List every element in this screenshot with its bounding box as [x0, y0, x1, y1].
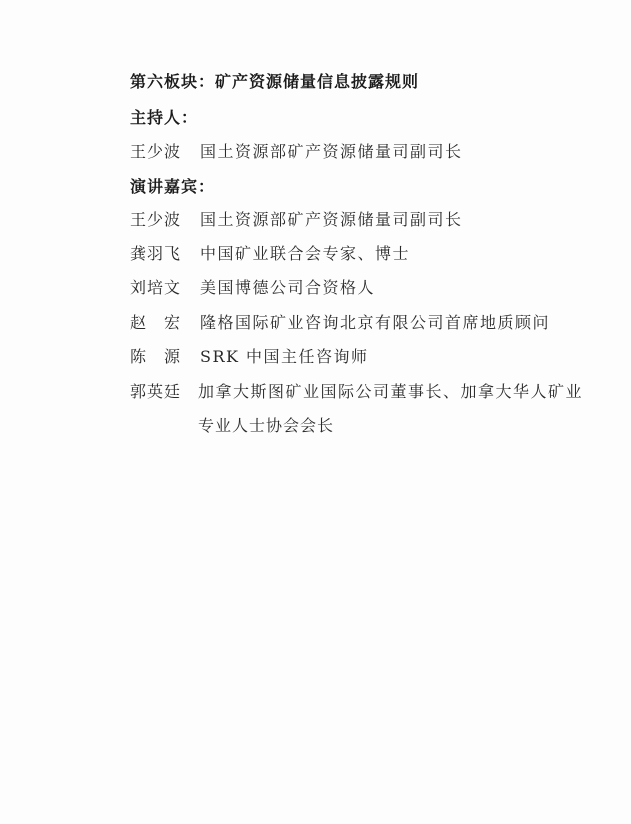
speakers-label: 演讲嘉宾：: [130, 177, 215, 197]
host-title: 国土资源部矿产资源储量司副司长: [200, 142, 463, 162]
speaker-title: 中国矿业联合会专家、博士: [200, 244, 410, 264]
speaker-title: 加拿大斯图矿业国际公司董事长、加拿大华人矿业: [198, 382, 583, 402]
host-name: 王少波: [130, 142, 200, 162]
speaker-entry: 王少波国土资源部矿产资源储量司副司长: [130, 210, 463, 230]
speaker-name: 赵 宏: [130, 313, 200, 333]
speaker-name: 王少波: [130, 210, 200, 230]
speaker-title: 隆格国际矿业咨询北京有限公司首席地质顾问: [200, 313, 550, 333]
speaker-title: 国土资源部矿产资源储量司副司长: [200, 210, 463, 230]
document-page: 第六板块：矿产资源储量信息披露规则 主持人： 王少波国土资源部矿产资源储量司副司…: [0, 0, 631, 824]
speaker-entry: 陈 源SRK 中国主任咨询师: [130, 347, 369, 367]
host-label: 主持人：: [130, 108, 198, 128]
speaker-name: 郭英廷: [130, 382, 198, 402]
speaker-title: 美国博德公司合资格人: [200, 278, 375, 298]
host-entry: 王少波国土资源部矿产资源储量司副司长: [130, 142, 463, 162]
speaker-title: SRK 中国主任咨询师: [200, 347, 369, 367]
speaker-name: 龚羽飞: [130, 244, 200, 264]
section-title: 第六板块：矿产资源储量信息披露规则: [130, 72, 419, 92]
speaker-name: 刘培文: [130, 278, 200, 298]
speaker-entry: 赵 宏隆格国际矿业咨询北京有限公司首席地质顾问: [130, 313, 550, 333]
speaker-entry: 刘培文美国博德公司合资格人: [130, 278, 375, 298]
speaker-name: 陈 源: [130, 347, 200, 367]
speaker-entry: 郭英廷加拿大斯图矿业国际公司董事长、加拿大华人矿业: [130, 382, 583, 402]
speaker-entry: 龚羽飞中国矿业联合会专家、博士: [130, 244, 410, 264]
speaker-title-continued: 专业人士协会会长: [198, 416, 334, 436]
